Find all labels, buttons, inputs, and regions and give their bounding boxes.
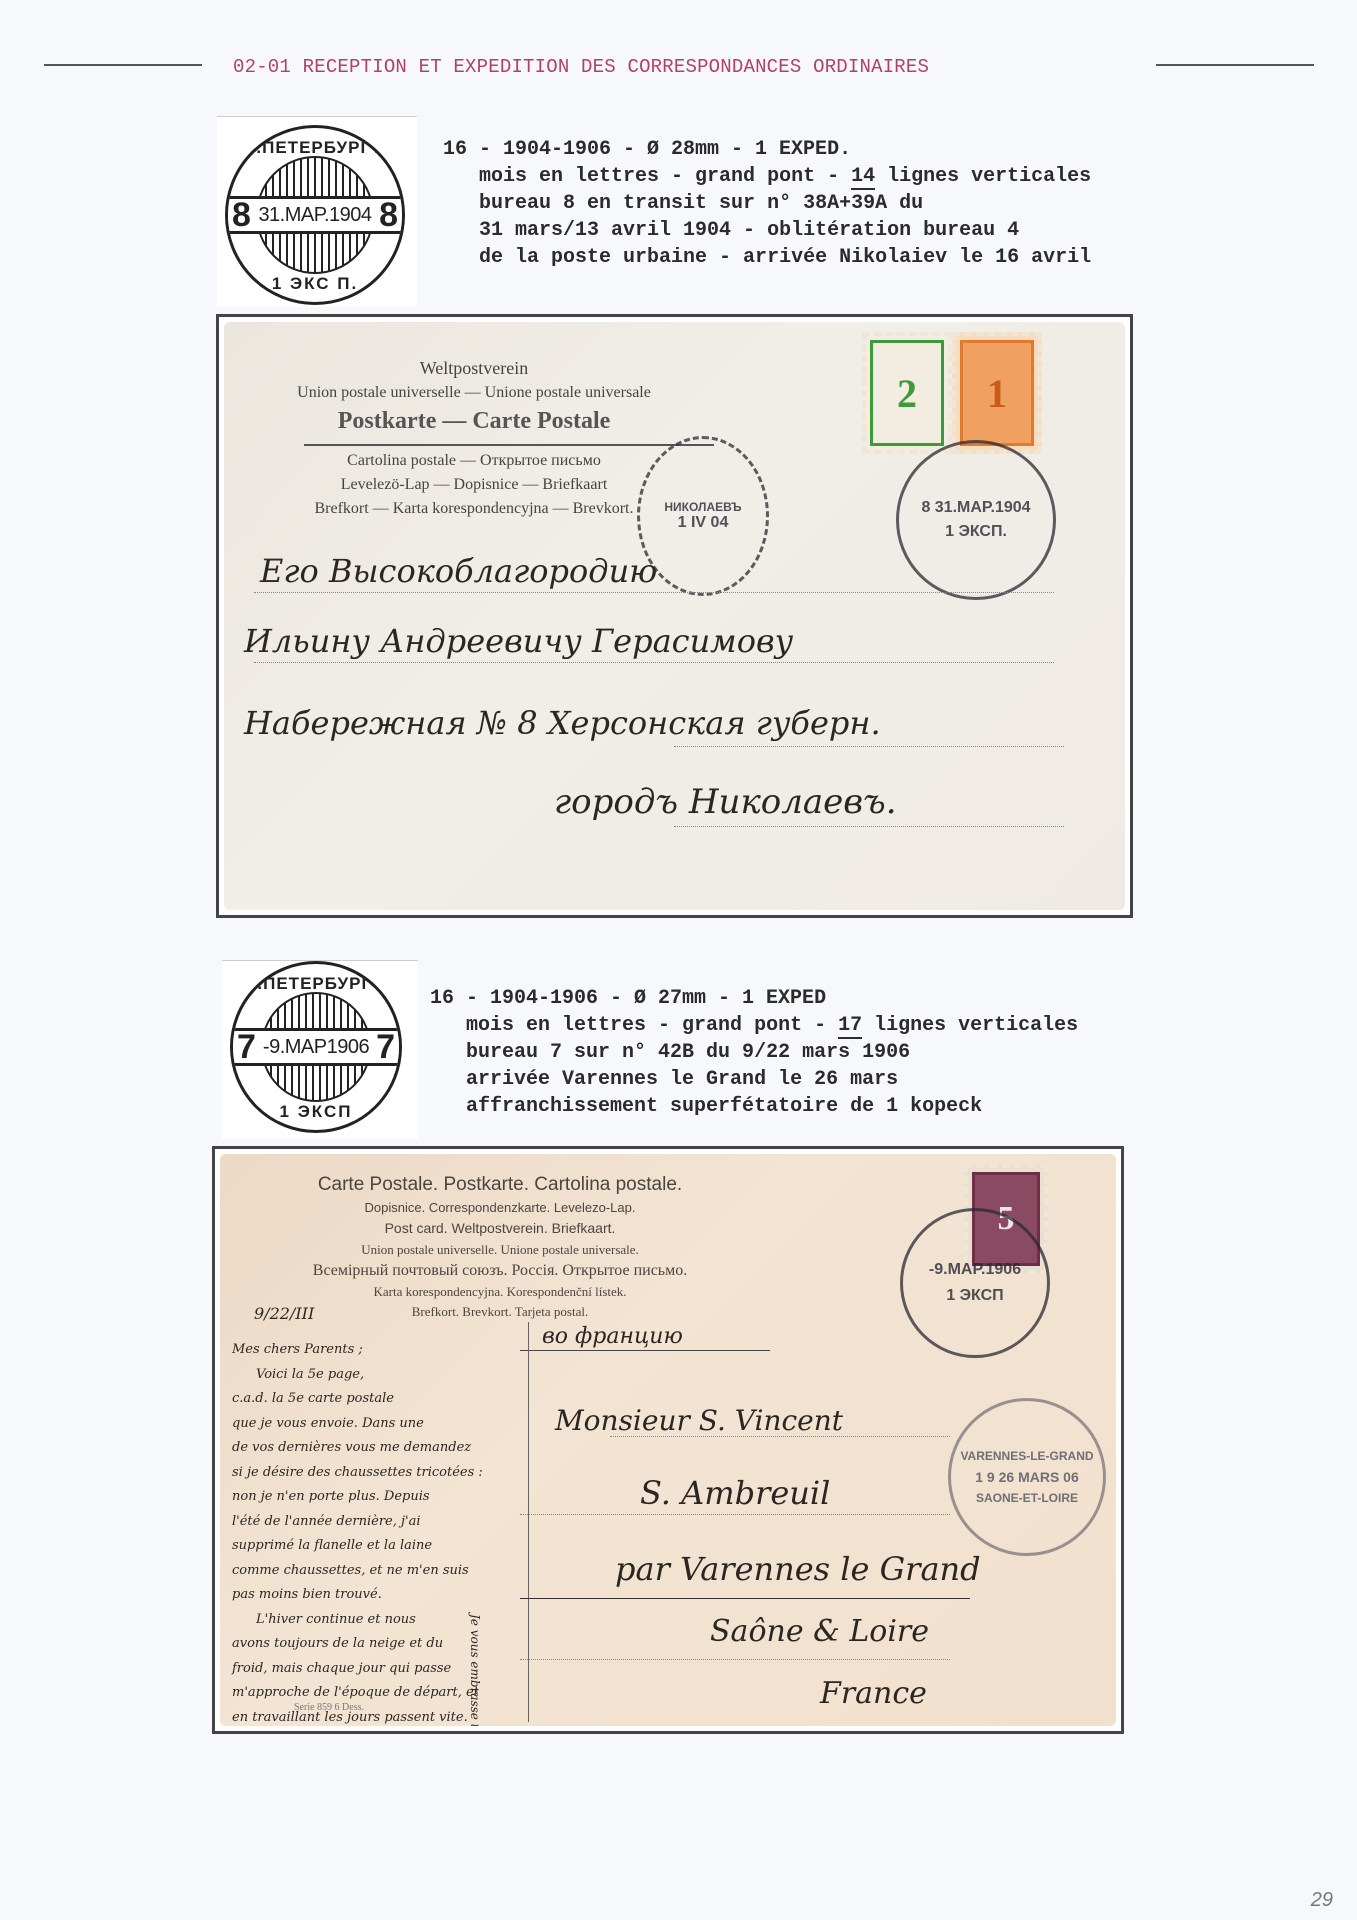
postmark-illustration-2: С.ПЕТЕРБУРГЪ 7 -9.MAP1906 7 1 ЭКСП xyxy=(222,960,418,1139)
postmark-service: 1 ЭКСП xyxy=(233,1102,399,1122)
postmark-date: 31.MAP.1904 xyxy=(258,204,371,227)
address-guide xyxy=(254,662,1054,663)
card-printed-line: Всемiрный почтовый союзъ. Россiя. Открыт… xyxy=(220,1262,780,1280)
postmark-service: 1 ЭКС П. xyxy=(228,274,402,294)
address-underline xyxy=(520,1598,970,1599)
stamp-2-kop: 2 xyxy=(862,332,952,454)
cancel-st-petersburg-8: 8 31.MAP.1904 1 ЭКСП. xyxy=(896,440,1056,600)
postmark-bureau-left: 7 xyxy=(237,1028,256,1067)
cancel-varennes: VARENNES-LE-GRAND 1 9 26 MARS 06 SAONE-E… xyxy=(948,1398,1106,1556)
postmark-city: С.ПЕТЕРБУРГЪ xyxy=(228,138,402,158)
postcard-2: Carte Postale. Postkarte. Cartolina post… xyxy=(212,1146,1124,1734)
card-printed-line: Union postale universelle. Unione postal… xyxy=(220,1242,780,1258)
stamp-value: 1 xyxy=(960,340,1034,446)
address-line: Его Высокоблагородию xyxy=(260,552,657,590)
card-printed-title: Postkarte — Carte Postale xyxy=(224,408,724,435)
card-printed-line: Union postale universelle — Unione posta… xyxy=(224,384,724,402)
cancel-text: НИКОЛАЕВЪ xyxy=(664,500,741,514)
date-note: 9/22/III xyxy=(254,1304,314,1323)
cancel-town: VARENNES-LE-GRAND xyxy=(960,1449,1093,1463)
postmark-date: -9.MAP1906 xyxy=(263,1036,369,1059)
cancel-dept: SAONE-ET-LOIRE xyxy=(976,1491,1078,1505)
address-line: Набережная № 8 Херсонская губерн. xyxy=(244,704,881,742)
message-line: non je n'en porte plus. Depuis xyxy=(232,1485,526,1510)
card-printed-title: Carte Postale. Postkarte. Cartolina post… xyxy=(220,1174,780,1196)
cancel-st-petersburg-7: -9.MAP.1906 1 ЭКСП xyxy=(900,1208,1050,1358)
card-printed-rule xyxy=(304,444,714,446)
address-guide xyxy=(520,1659,950,1660)
postmark-illustration-1: С.ПЕТЕРБУРГЪ 8 31.MAP.1904 8 1 ЭКС П. xyxy=(217,116,417,307)
card-printed-line: Karta korespondencyjna. Korespondenční l… xyxy=(220,1284,780,1300)
address-guide xyxy=(520,1514,950,1515)
desc-line: mois en lettres - grand pont - xyxy=(479,165,851,188)
card-printed-line: Weltpostverein xyxy=(224,358,724,379)
message-line: l'été de l'année dernière, j'ai xyxy=(232,1510,526,1535)
desc-line: arrivée Varennes le Grand le 26 mars xyxy=(466,1068,898,1091)
desc-line: de la poste urbaine - arrivée Nikolaiev … xyxy=(479,246,1091,269)
desc-line: 16 - 1904-1906 - Ø 28mm - 1 EXPED. xyxy=(443,138,851,161)
message-line: de vos dernières vous me demandez xyxy=(232,1436,526,1461)
address-line: Saône & Loire xyxy=(710,1614,929,1649)
message-line: que je vous envoie. Dans une xyxy=(232,1412,526,1437)
desc-line: lignes verticales xyxy=(862,1014,1078,1037)
message-line: supprimé la flanelle et la laine xyxy=(232,1534,526,1559)
message-line: c.a.d. la 5e carte postale xyxy=(232,1387,526,1412)
address-line: France xyxy=(820,1676,927,1711)
series-imprint: Serie 859 6 Dess. xyxy=(294,1702,364,1713)
header-rule-right xyxy=(1156,64,1314,66)
postcard-1: Weltpostverein Union postale universelle… xyxy=(216,314,1133,918)
message-line: Mes chers Parents ; xyxy=(232,1338,526,1363)
card-divider xyxy=(528,1322,529,1722)
address-line: S. Ambreuil xyxy=(640,1474,830,1512)
description-2: 16 - 1904-1906 - Ø 27mm - 1 EXPED mois e… xyxy=(430,985,1078,1120)
cancel-date: -9.MAP.1906 xyxy=(929,1261,1021,1279)
address-line: Ильину Андреевичу Герасимову xyxy=(244,622,793,660)
postmark-bureau-right: 8 xyxy=(379,196,398,235)
address-guide xyxy=(254,592,1054,593)
cancel-service: 1 ЭКСП. xyxy=(945,523,1007,541)
card-printed-line: Cartolina postale — Открытое письмо xyxy=(224,452,724,470)
description-1: 16 - 1904-1906 - Ø 28mm - 1 EXPED. mois … xyxy=(443,136,1091,271)
header-note: во францию xyxy=(542,1324,683,1349)
desc-count: 17 xyxy=(838,1014,862,1039)
message-line: pas moins bien trouvé. xyxy=(232,1583,526,1608)
stamp-value: 2 xyxy=(870,340,944,446)
address-guide xyxy=(674,746,1064,747)
header-rule-left xyxy=(44,64,202,66)
margin-note: Je vous embrasse tous bien fort xyxy=(468,1614,482,1726)
address-guide xyxy=(674,826,1064,827)
postmark-bureau-left: 8 xyxy=(232,196,251,235)
cancel-date: 1 IV 04 xyxy=(678,514,729,532)
cancel-service: 1 ЭКСП xyxy=(946,1287,1003,1305)
cancel-date: 8 31.MAP.1904 xyxy=(921,499,1030,517)
cancel-date: 1 9 26 MARS 06 xyxy=(975,1469,1079,1485)
stamp-1-kop: 1 xyxy=(952,332,1042,454)
header-note-rule xyxy=(520,1350,770,1351)
message-line: Voici la 5e page, xyxy=(232,1363,526,1388)
postmark-city: С.ПЕТЕРБУРГЪ xyxy=(233,974,399,994)
address-line: Monsieur S. Vincent xyxy=(555,1404,843,1437)
desc-line: 16 - 1904-1906 - Ø 27mm - 1 EXPED xyxy=(430,987,826,1010)
card-printed-line: Post card. Weltpostverein. Briefkaart. xyxy=(220,1220,780,1236)
message-line: si je désire des chaussettes tricotées : xyxy=(232,1461,526,1486)
desc-line: mois en lettres - grand pont - xyxy=(466,1014,838,1037)
address-line: городъ Николаевъ. xyxy=(554,782,897,822)
address-guide xyxy=(610,1436,950,1437)
desc-line: affranchissement superfétatoire de 1 kop… xyxy=(466,1095,982,1118)
desc-line: bureau 7 sur n° 42B du 9/22 mars 1906 xyxy=(466,1041,910,1064)
page-title: 02-01 RECEPTION ET EXPEDITION DES CORRES… xyxy=(233,56,1128,78)
desc-line: bureau 8 en transit sur n° 38A+39A du xyxy=(479,192,923,215)
page-number: 29 xyxy=(1311,1889,1333,1912)
message-line: comme chaussettes, et ne m'en suis xyxy=(232,1559,526,1584)
card-printed-line: Dopisnice. Correspondenzkarte. Levelezo-… xyxy=(220,1200,780,1215)
desc-line: 31 mars/13 avril 1904 - oblitération bur… xyxy=(479,219,1019,242)
desc-count: 14 xyxy=(851,165,875,190)
address-line: par Varennes le Grand xyxy=(615,1550,981,1588)
postmark-bureau-right: 7 xyxy=(376,1028,395,1067)
desc-line: lignes verticales xyxy=(875,165,1091,188)
